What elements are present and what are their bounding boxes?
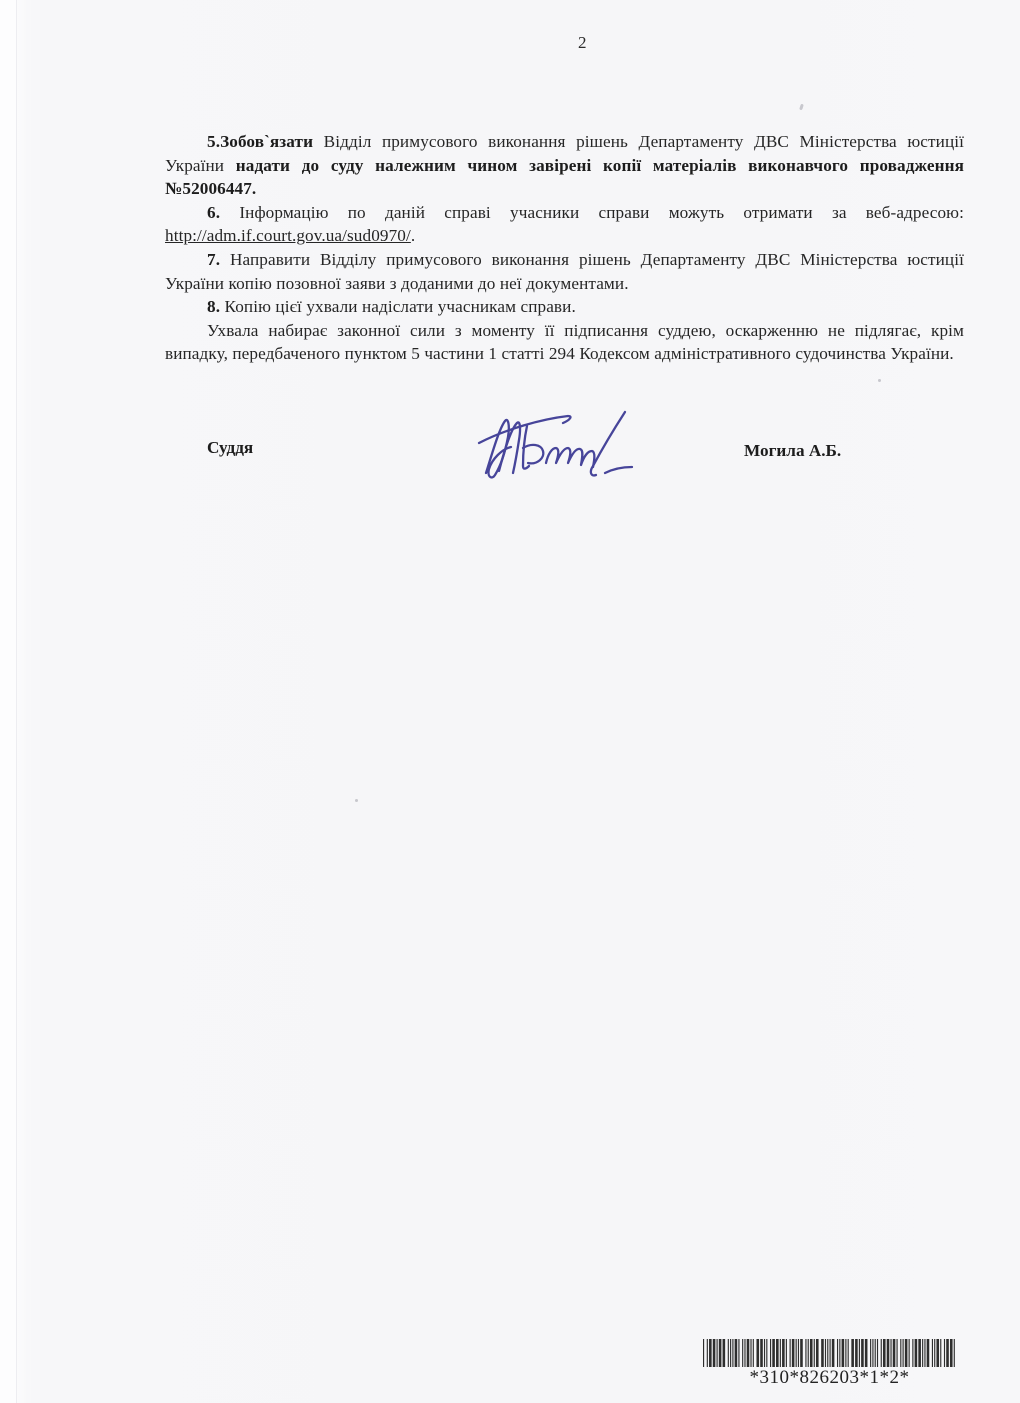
page-number: 2 [578, 33, 587, 53]
scanned-court-document-page: 2 5.Зобов`язати Відділ примусового викон… [0, 0, 1020, 1403]
scan-edge-strip [0, 0, 17, 1403]
paragraph-final-clause: Ухвала набирає законної сили з моменту ї… [165, 319, 964, 366]
court-website-url: http://adm.if.court.gov.ua/sud0970/ [165, 226, 411, 245]
judge-name: Могила А.Б. [744, 441, 841, 461]
paragraph-7-number: 7. [207, 250, 220, 269]
barcode-block: *310*826203*1*2* [703, 1339, 956, 1389]
judge-signature [446, 396, 666, 491]
paragraph-8-text: Копію цієї ухвали надіслати учасникам сп… [220, 297, 576, 316]
paragraph-5-bold-tail: надати до суду належним чином завірені к… [165, 156, 964, 199]
paragraph-7-text: Направити Відділу примусового виконання … [165, 250, 964, 293]
paragraph-6-number: 6. [207, 203, 220, 222]
paragraph-5: 5.Зобов`язати Відділ примусового виконан… [165, 130, 964, 201]
paragraph-6: 6. Інформацію по даній справі учасники с… [165, 201, 964, 248]
judge-role-label: Суддя [207, 438, 253, 458]
scan-speck [878, 379, 881, 382]
paragraph-6-text: Інформацію по даній справі учасники спра… [220, 203, 964, 222]
paragraph-8: 8. Копію цієї ухвали надіслати учасникам… [165, 295, 964, 319]
barcode-bars-icon [703, 1339, 956, 1367]
paragraph-6-period: . [411, 226, 415, 245]
paragraph-7: 7. Направити Відділу примусового виконан… [165, 248, 964, 295]
paragraph-8-number: 8. [207, 297, 220, 316]
scan-speck [799, 104, 804, 111]
barcode-text: *310*826203*1*2* [703, 1367, 956, 1389]
scan-speck [355, 799, 358, 802]
document-body: 5.Зобов`язати Відділ примусового виконан… [165, 130, 964, 366]
paragraph-5-bold-lead: 5.Зобов`язати [207, 132, 313, 151]
